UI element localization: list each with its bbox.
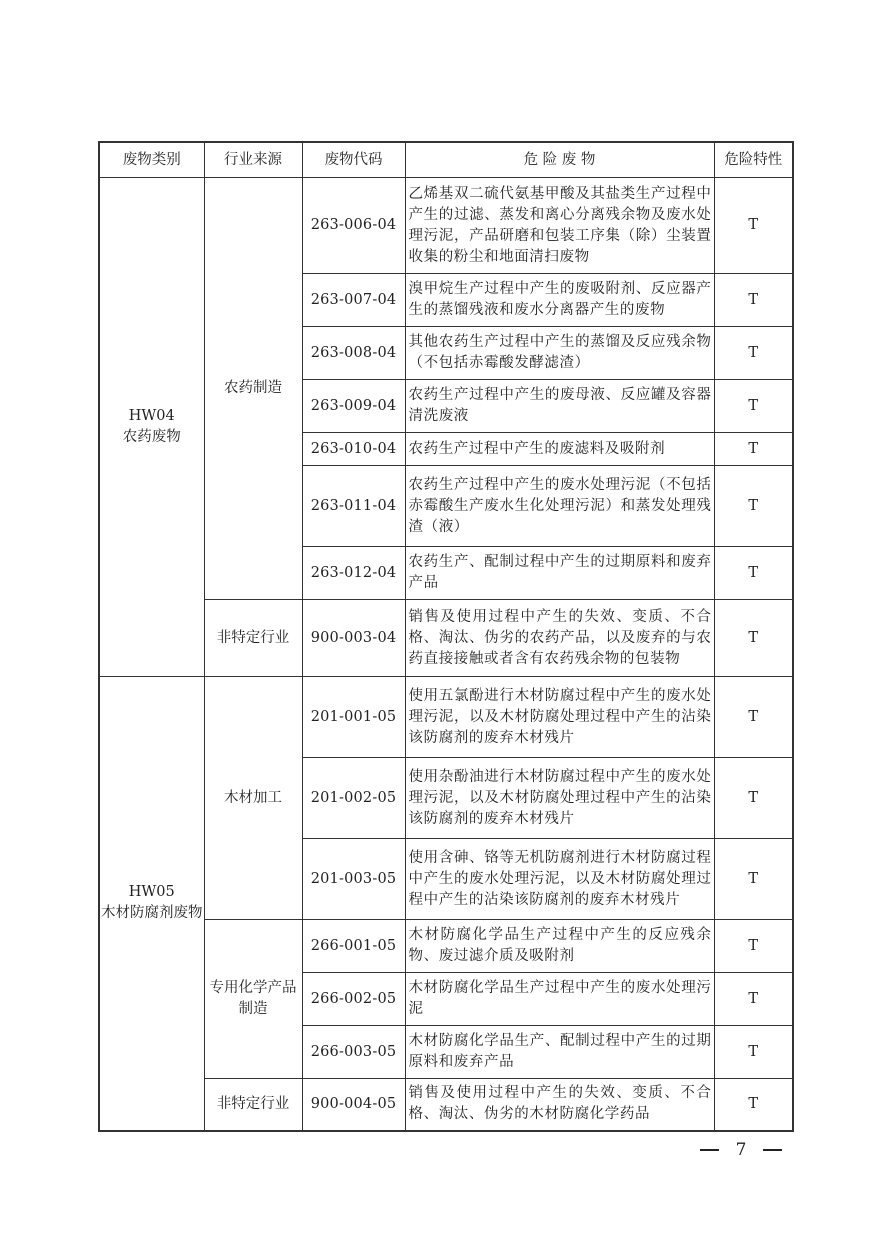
waste-description: 农药生产过程中产生的废水处理污泥（不包括赤霉酸生产废水生化处理污泥）和蒸发处理残…	[405, 466, 714, 547]
hazard-property: T	[714, 600, 793, 677]
waste-description: 使用五氯酚进行木材防腐过程中产生的废水处理污泥，以及木材防腐处理过程中产生的沾染…	[405, 677, 714, 758]
hazard-property: T	[714, 380, 793, 433]
hazard-property: T	[714, 920, 793, 973]
header-hazardous-waste: 危 险 废 物	[405, 142, 714, 178]
waste-description: 使用含砷、铬等无机防腐剂进行木材防腐过程中产生的废水处理污泥，以及木材防腐处理过…	[405, 839, 714, 920]
category-cell: HW04 农药废物	[99, 178, 204, 677]
waste-code: 201-002-05	[302, 758, 405, 839]
hazard-property: T	[714, 973, 793, 1026]
waste-code: 263-006-04	[302, 178, 405, 274]
table-row: 非特定行业 900-004-05 销售及使用过程中产生的失效、变质、不合格、淘汰…	[99, 1079, 793, 1131]
industry-source-cell: 农药制造	[204, 178, 302, 600]
waste-code: 201-003-05	[302, 839, 405, 920]
page-number-value: 7	[736, 1140, 747, 1160]
hazard-property: T	[714, 677, 793, 758]
header-waste-category: 废物类别	[99, 142, 204, 178]
waste-code: 266-003-05	[302, 1026, 405, 1079]
waste-code: 263-008-04	[302, 327, 405, 380]
waste-description: 乙烯基双二硫代氨基甲酸及其盐类生产过程中产生的过滤、蒸发和离心分离残余物及废水处…	[405, 178, 714, 274]
header-waste-code: 废物代码	[302, 142, 405, 178]
waste-code: 266-001-05	[302, 920, 405, 973]
table-row: HW05 木材防腐剂废物 木材加工 201-001-05 使用五氯酚进行木材防腐…	[99, 677, 793, 758]
waste-description: 销售及使用过程中产生的失效、变质、不合格、淘汰、伪劣的农药产品，以及废弃的与农药…	[405, 600, 714, 677]
hazard-property: T	[714, 466, 793, 547]
waste-description: 木材防腐化学品生产过程中产生的废水处理污泥	[405, 973, 714, 1026]
hazard-property: T	[714, 758, 793, 839]
waste-description: 销售及使用过程中产生的失效、变质、不合格、淘汰、伪劣的木材防腐化学药品	[405, 1079, 714, 1131]
hazard-property: T	[714, 547, 793, 600]
category-name: 木材防腐剂废物	[100, 903, 204, 924]
industry-source-cell: 非特定行业	[204, 600, 302, 677]
waste-description: 其他农药生产过程中产生的蒸馏及反应残余物（不包括赤霉酸发酵滤渣）	[405, 327, 714, 380]
hazard-property: T	[714, 274, 793, 327]
waste-description: 使用杂酚油进行木材防腐过程中产生的废水处理污泥，以及木材防腐处理过程中产生的沾染…	[405, 758, 714, 839]
table-header-row: 废物类别 行业来源 废物代码 危 险 废 物 危险特性	[99, 142, 793, 178]
waste-description: 农药生产、配制过程中产生的过期原料和废弃产品	[405, 547, 714, 600]
industry-source-cell: 专用化学产品制造	[204, 920, 302, 1079]
waste-code: 263-010-04	[302, 433, 405, 466]
waste-code: 263-012-04	[302, 547, 405, 600]
waste-description: 农药生产过程中产生的废滤料及吸附剂	[405, 433, 714, 466]
dash-decoration	[700, 1149, 719, 1151]
waste-code: 263-011-04	[302, 466, 405, 547]
category-cell: HW05 木材防腐剂废物	[99, 677, 204, 1131]
hazard-property: T	[714, 327, 793, 380]
hazardous-waste-table: 废物类别 行业来源 废物代码 危 险 废 物 危险特性 HW04 农药废物 农药…	[98, 141, 794, 1132]
waste-description: 农药生产过程中产生的废母液、反应罐及容器清洗废液	[405, 380, 714, 433]
table-row: 专用化学产品制造 266-001-05 木材防腐化学品生产过程中产生的反应残余物…	[99, 920, 793, 973]
hazard-property: T	[714, 178, 793, 274]
table-row: 非特定行业 900-003-04 销售及使用过程中产生的失效、变质、不合格、淘汰…	[99, 600, 793, 677]
hazard-property: T	[714, 1079, 793, 1131]
waste-code: 900-003-04	[302, 600, 405, 677]
waste-description: 木材防腐化学品生产、配制过程中产生的过期原料和废弃产品	[405, 1026, 714, 1079]
waste-code: 900-004-05	[302, 1079, 405, 1131]
page-number: 7	[700, 1140, 782, 1160]
category-code: HW04	[100, 406, 204, 427]
table-row: HW04 农药废物 农药制造 263-006-04 乙烯基双二硫代氨基甲酸及其盐…	[99, 178, 793, 274]
dash-decoration	[763, 1149, 782, 1151]
header-industry-source: 行业来源	[204, 142, 302, 178]
waste-description: 木材防腐化学品生产过程中产生的反应残余物、废过滤介质及吸附剂	[405, 920, 714, 973]
hazard-property: T	[714, 433, 793, 466]
hazard-property: T	[714, 839, 793, 920]
waste-code: 201-001-05	[302, 677, 405, 758]
industry-source-cell: 木材加工	[204, 677, 302, 920]
waste-code: 266-002-05	[302, 973, 405, 1026]
waste-code: 263-009-04	[302, 380, 405, 433]
waste-description: 溴甲烷生产过程中产生的废吸附剂、反应器产生的蒸馏残液和废水分离器产生的废物	[405, 274, 714, 327]
waste-code: 263-007-04	[302, 274, 405, 327]
category-name: 农药废物	[100, 427, 204, 448]
category-code: HW05	[100, 882, 204, 903]
hazard-property: T	[714, 1026, 793, 1079]
header-hazard-property: 危险特性	[714, 142, 793, 178]
industry-source-cell: 非特定行业	[204, 1079, 302, 1131]
